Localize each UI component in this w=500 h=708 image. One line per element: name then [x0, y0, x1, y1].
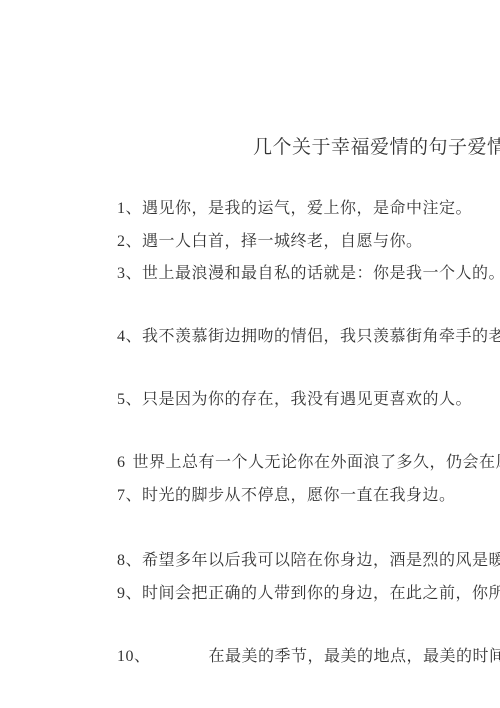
item-text: 在最美的季节，最美的地点，最美的时间，最美的: [209, 648, 500, 665]
item-text: 只是因为你的存在，我没有遇见更喜欢的人。: [142, 391, 472, 408]
document-page: 几个关于幸福爱情的句子爱情句 1、遇见你，是我的运气，爱上你，是命中注定。 2、…: [0, 0, 500, 708]
list-item: 6世界上总有一个人无论你在外面浪了多久，仍会在风雨中: [117, 453, 500, 472]
list-item: 5、只是因为你的存在，我没有遇见更喜欢的人。: [117, 390, 472, 409]
page-title: 几个关于幸福爱情的句子爱情句: [253, 137, 500, 159]
item-text: 时间会把正确的人带到你的身边，在此之前，你所要做: [142, 585, 500, 602]
list-item: 10、在最美的季节，最美的地点，最美的时间，最美的: [117, 647, 500, 666]
item-number: 7、: [117, 487, 142, 504]
item-number: 2、: [117, 233, 142, 250]
list-item: 3、世上最浪漫和最自私的话就是：你是我一个人的。: [117, 264, 500, 283]
item-text: 世上最浪漫和最自私的话就是：你是我一个人的。: [142, 265, 500, 282]
list-item: 8、希望多年以后我可以陪在你身边，酒是烈的风是暖的，: [117, 551, 500, 570]
item-text: 我不羡慕街边拥吻的情侣，我只羡慕街角牵手的老人。: [142, 328, 500, 345]
item-text: 遇见你，是我的运气，爱上你，是命中注定。: [142, 200, 472, 217]
list-item: 9、时间会把正确的人带到你的身边，在此之前，你所要做: [117, 584, 500, 603]
item-number: 9、: [117, 585, 142, 602]
item-number: 8、: [117, 552, 142, 569]
item-number: 10、: [117, 648, 151, 665]
item-number: 6: [117, 454, 126, 471]
item-text: 希望多年以后我可以陪在你身边，酒是烈的风是暖的，: [142, 552, 500, 569]
list-item: 7、时光的脚步从不停息，愿你一直在我身边。: [117, 486, 456, 505]
item-text: 时光的脚步从不停息，愿你一直在我身边。: [142, 487, 456, 504]
list-item: 4、我不羡慕街边拥吻的情侣，我只羡慕街角牵手的老人。: [117, 327, 500, 346]
item-number: 5、: [117, 391, 142, 408]
item-text: 遇一人白首，择一城终老，自愿与你。: [142, 233, 423, 250]
item-number: 1、: [117, 200, 142, 217]
item-text: 世界上总有一个人无论你在外面浪了多久，仍会在风雨中: [133, 454, 500, 471]
list-item: 1、遇见你，是我的运气，爱上你，是命中注定。: [117, 199, 472, 218]
item-number: 3、: [117, 265, 142, 282]
item-number: 4、: [117, 328, 142, 345]
list-item: 2、遇一人白首，择一城终老，自愿与你。: [117, 232, 423, 251]
